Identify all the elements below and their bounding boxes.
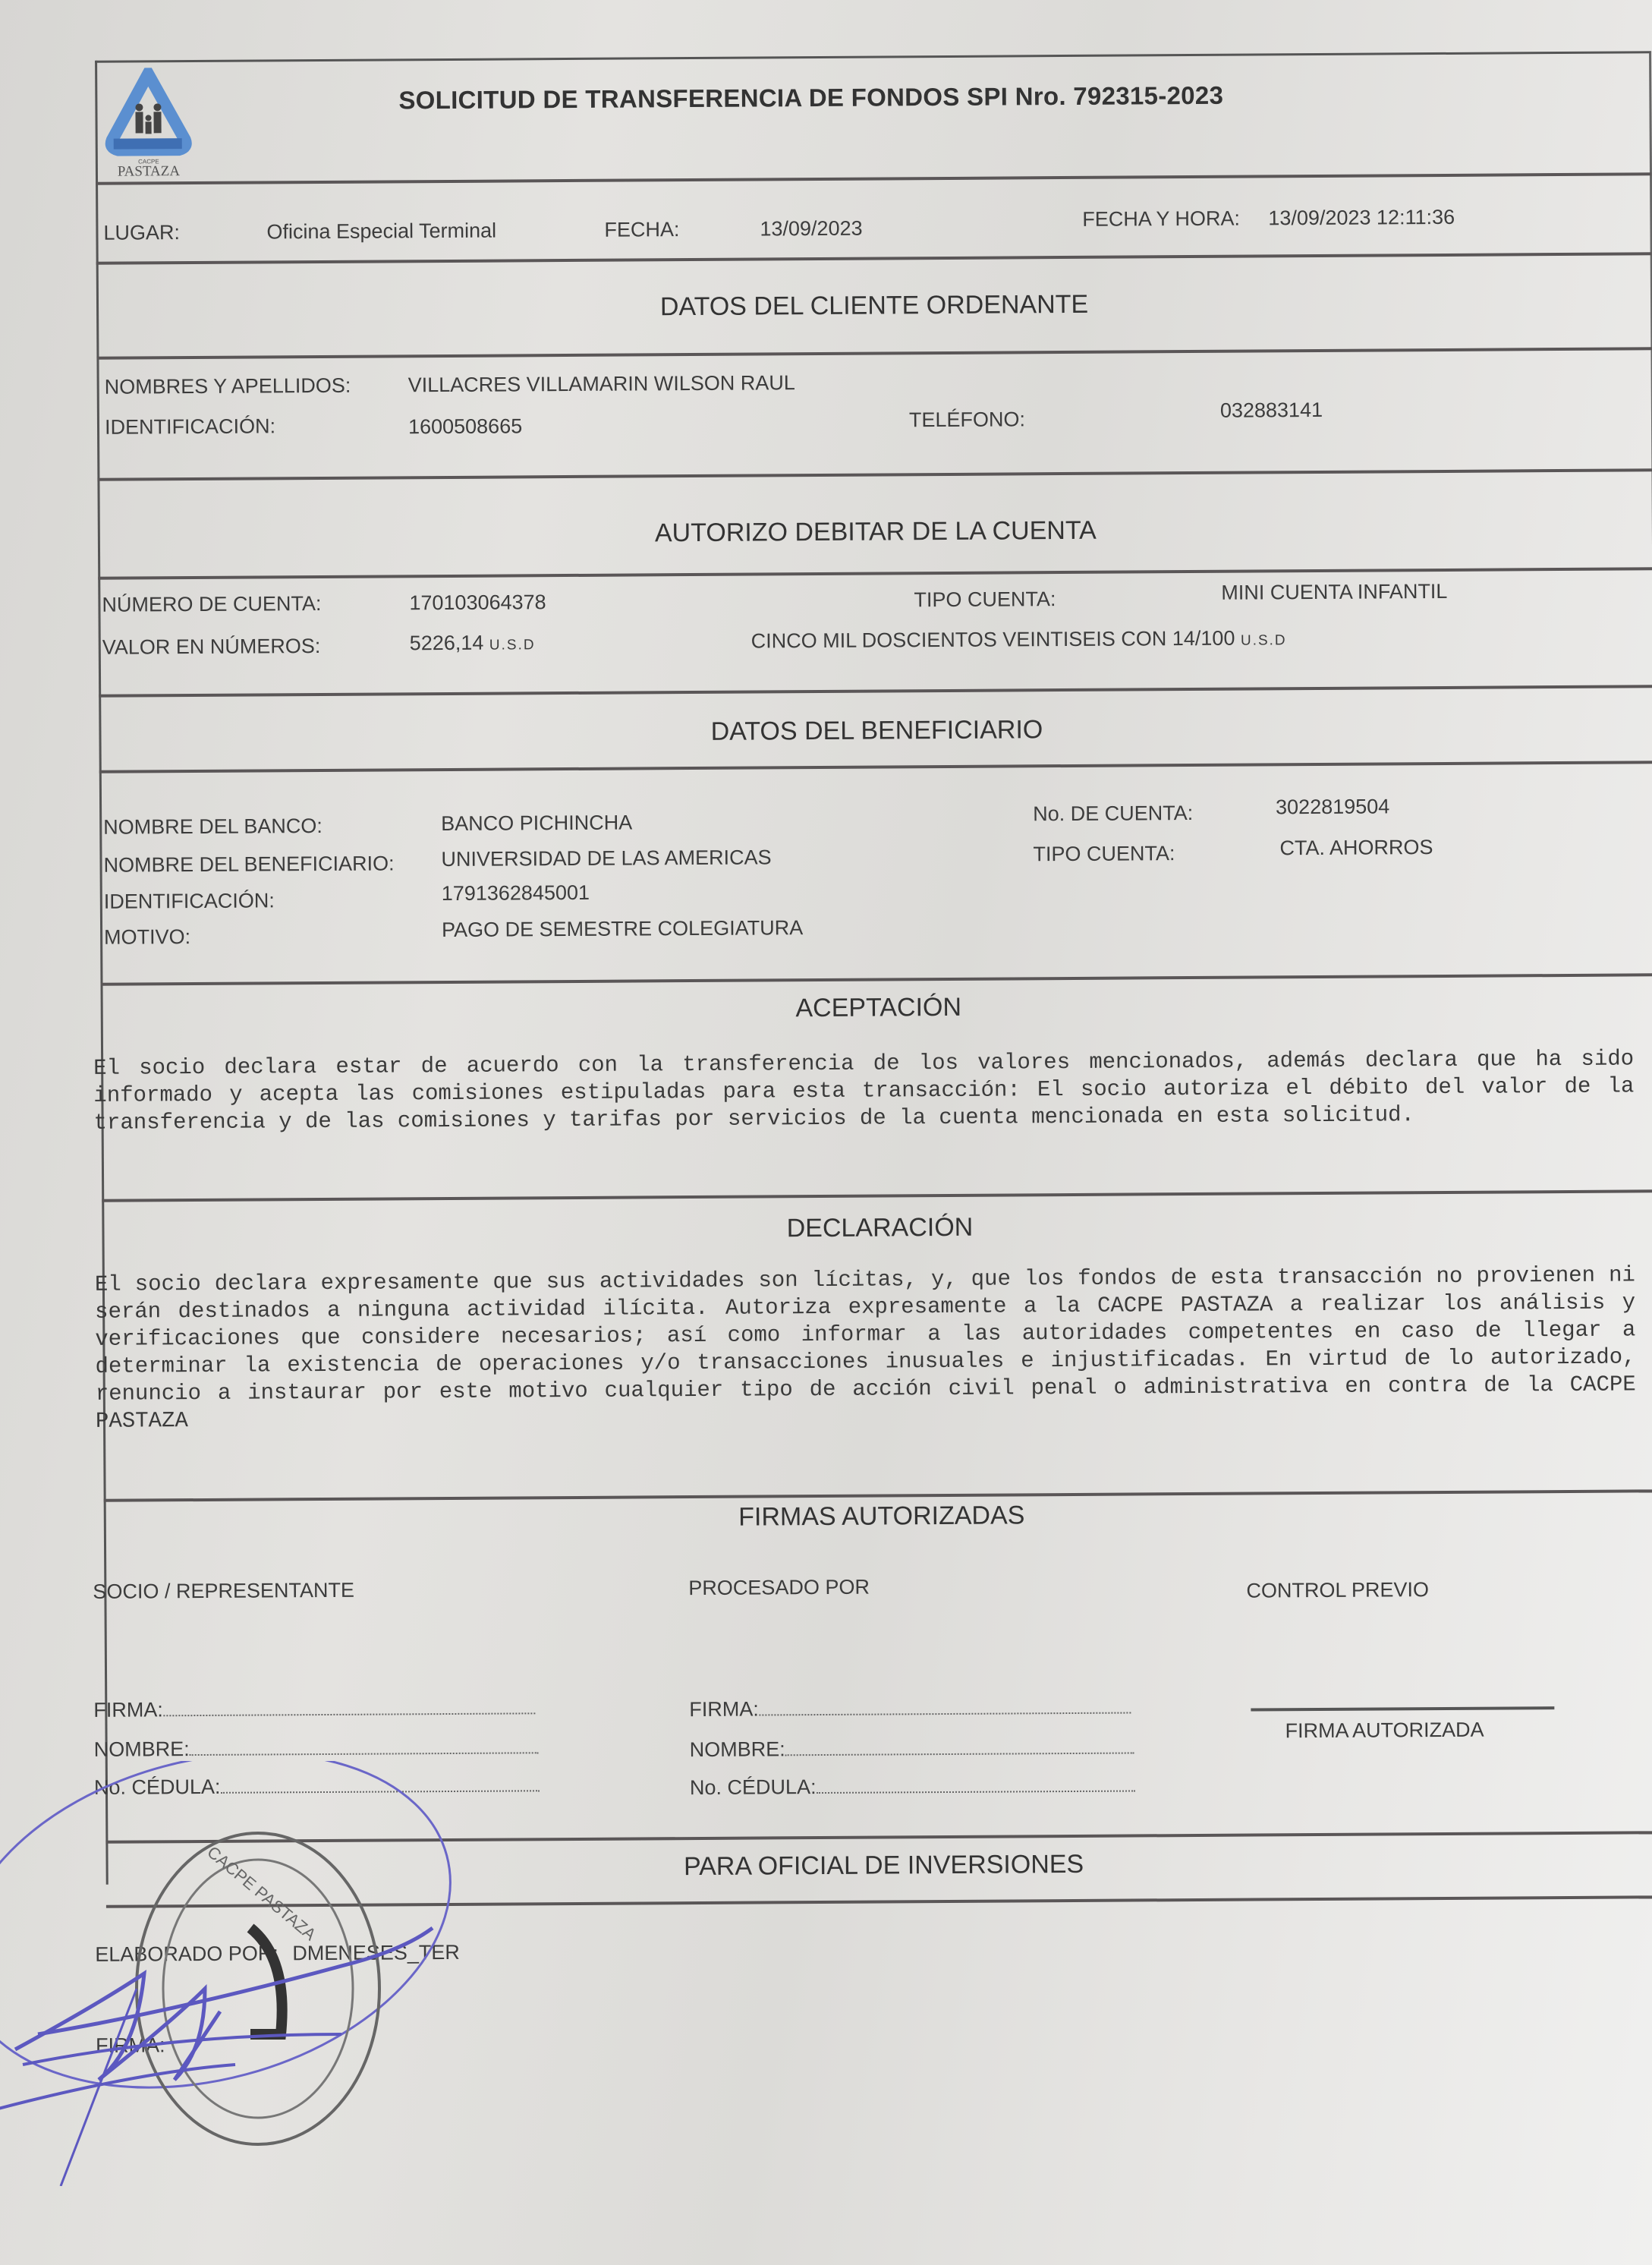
firma-label: FIRMA: [689, 1698, 759, 1722]
valor-letras-text: CINCO MIL DOSCIENTOS VEINTISEIS CON 14/1… [751, 627, 1235, 653]
firma-label: FIRMA: [93, 1698, 163, 1722]
procesado-nombre-field: NOMBRE: [690, 1735, 1134, 1762]
fecha-hora-value: 13/09/2023 12:11:36 [1268, 206, 1455, 231]
beneficiario-tipo-cuenta-label: TIPO CUENTA: [1033, 842, 1175, 866]
cedula-label: No. CÉDULA: [690, 1775, 817, 1799]
elaborado-value: DMENESES_TER [292, 1941, 460, 1965]
dotted-line [220, 1775, 539, 1794]
valor-value: 5226,14 U.S.D [410, 631, 536, 655]
identificacion-value: 1600508665 [408, 414, 522, 439]
fecha-value: 13/09/2023 [760, 217, 862, 241]
nombre-label: NOMBRE: [690, 1737, 785, 1761]
dotted-line [785, 1737, 1134, 1756]
beneficiario-nombre-label: NOMBRE DEL BENEFICIARIO: [103, 852, 394, 877]
declaracion-text: El socio declara expresamente que sus ac… [95, 1262, 1636, 1435]
col-socio-title: SOCIO / REPRESENTANTE [93, 1579, 354, 1604]
banco-value: BANCO PICHINCHA [441, 811, 632, 836]
form-title: SOLICITUD DE TRANSFERENCIA DE FONDOS SPI… [398, 81, 1223, 115]
currency-label: U.S.D [489, 637, 536, 653]
transfer-request-form: CACPE PASTAZA SOLICITUD DE TRANSFERENCIA… [72, 43, 1652, 2254]
valor-number: 5226,14 [410, 632, 484, 655]
valor-letras: CINCO MIL DOSCIENTOS VEINTISEIS CON 14/1… [751, 626, 1287, 653]
cacpe-pastaza-logo: CACPE PASTAZA [102, 68, 194, 182]
fecha-label: FECHA: [604, 218, 679, 242]
cedula-label: No. CÉDULA: [94, 1775, 221, 1799]
banco-label: NOMBRE DEL BANCO: [103, 814, 323, 840]
socio-cedula-field: No. CÉDULA: [94, 1773, 540, 1800]
telefono-label: TELÉFONO: [909, 408, 1025, 432]
socio-nombre-field: NOMBRE: [94, 1735, 539, 1762]
no-cuenta-label: No. DE CUENTA: [1033, 802, 1193, 826]
oficial-firma-label: FIRMA: [96, 2033, 165, 2058]
elaborado-label: ELABORADO POR: [95, 1942, 278, 1966]
fecha-hora-label: FECHA Y HORA: [1082, 207, 1240, 232]
dotted-line [163, 1697, 535, 1716]
aceptacion-text: El socio declara estar de acuerdo con la… [93, 1045, 1635, 1136]
form-frame [95, 51, 1652, 1884]
lugar-label: LUGAR: [103, 221, 180, 245]
procesado-firma-field: FIRMA: [689, 1696, 1131, 1722]
nombres-value: VILLACRES VILLAMARIN WILSON RAUL [408, 371, 795, 397]
no-cuenta-value: 3022819504 [1276, 795, 1389, 819]
firma-autorizada-label: FIRMA AUTORIZADA [1285, 1718, 1484, 1744]
dotted-line [816, 1775, 1134, 1794]
beneficiario-identificacion-label: IDENTIFICACIÓN: [104, 889, 275, 913]
divider [106, 1895, 1652, 1908]
tipo-cuenta-value: MINI CUENTA INFANTIL [1221, 580, 1447, 605]
col-control-title: CONTROL PREVIO [1246, 1578, 1429, 1602]
dotted-line [759, 1697, 1131, 1716]
beneficiario-nombre-value: UNIVERSIDAD DE LAS AMERICAS [441, 846, 771, 871]
numero-cuenta-label: NÚMERO DE CUENTA: [102, 592, 321, 617]
beneficiario-identificacion-value: 1791362845001 [442, 881, 590, 906]
motivo-value: PAGO DE SEMESTRE COLEGIATURA [442, 916, 803, 942]
lugar-value: Oficina Especial Terminal [266, 219, 496, 244]
svg-text:PASTAZA: PASTAZA [118, 163, 181, 180]
motivo-label: MOTIVO: [104, 925, 190, 950]
col-procesado-title: PROCESADO POR [688, 1576, 870, 1600]
nombre-label: NOMBRE: [94, 1737, 190, 1761]
socio-firma-field: FIRMA: [93, 1696, 535, 1722]
telefono-value: 032883141 [1220, 399, 1323, 423]
dotted-line [190, 1737, 539, 1756]
procesado-cedula-field: No. CÉDULA: [690, 1773, 1135, 1800]
numero-cuenta-value: 170103064378 [409, 591, 546, 615]
currency-label: U.S.D [1241, 632, 1287, 648]
beneficiario-tipo-cuenta-value: CTA. AHORROS [1279, 836, 1433, 860]
valor-label: VALOR EN NÚMEROS: [102, 635, 321, 660]
nombres-label: NOMBRES Y APELLIDOS: [105, 374, 351, 399]
tipo-cuenta-label: TIPO CUENTA: [914, 588, 1056, 612]
logo-triangle-icon: CACPE PASTAZA [102, 68, 194, 182]
identificacion-label: IDENTIFICACIÓN: [105, 414, 275, 439]
